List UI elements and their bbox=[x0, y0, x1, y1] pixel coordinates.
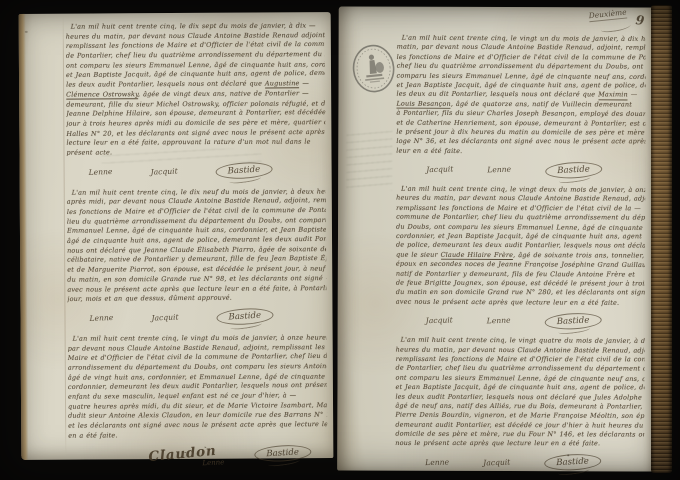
handwritten-line: leur en a été faite. bbox=[396, 146, 645, 157]
signature-jacquit: Jacquit bbox=[150, 166, 177, 176]
signature-row: LenneJacquitBastide bbox=[425, 453, 618, 473]
register-act: L'an mil huit cent trente cinq, le vingt… bbox=[396, 185, 646, 331]
signature-bastide: Bastide bbox=[254, 444, 311, 463]
book-binding-edge bbox=[651, 5, 672, 473]
handwritten-line: arrondissement du département du Doubs, … bbox=[68, 362, 327, 373]
signature-lenne: Lenne bbox=[487, 316, 511, 326]
register-act: L'an mil huit cent trente cinq, le vingt… bbox=[68, 333, 328, 464]
handwritten-line: de Pontarlier, chef lieu du quatrième ar… bbox=[396, 364, 645, 374]
signature-row: JacquitLenneBastide bbox=[426, 311, 619, 331]
left-page-text: L'an mil huit cent trente cinq, le dix s… bbox=[19, 12, 334, 460]
signature-bastide: Bastide bbox=[545, 160, 602, 179]
signature-lenne: Lenne bbox=[425, 457, 449, 467]
ink-speck bbox=[567, 454, 569, 456]
signature-jacquit: Jacquit bbox=[151, 312, 178, 322]
handwritten-line: présent acte. bbox=[66, 147, 325, 158]
register-page-right: Deuxième 9 L'an mil huit cent trente cin… bbox=[337, 6, 654, 471]
underlined-name: Louis Besançon bbox=[396, 99, 450, 108]
handwritten-line: du matin en son domicile Grand rue N° 28… bbox=[396, 288, 645, 298]
right-page-text: L'an mil huit cent trente cinq, le vingt… bbox=[337, 6, 654, 471]
signature-bastide: Bastide bbox=[544, 453, 601, 472]
signature-bastide: Bastide bbox=[216, 307, 273, 326]
underlined-name: Maximin bbox=[598, 91, 628, 100]
scanned-register-spread: L'an mil huit cent trente cinq, le dix s… bbox=[0, 0, 680, 480]
handwritten-line: jour, mois et an que dessus, dûment appr… bbox=[67, 293, 326, 305]
underlined-name: Augustine bbox=[265, 79, 300, 88]
signature-jacquit: Jacquit bbox=[426, 316, 453, 326]
register-act: L'an mil huit cent trente cinq, le dix n… bbox=[67, 187, 327, 328]
handwritten-line: heures du matin, par devant nous Claude … bbox=[396, 345, 645, 355]
ink-speck bbox=[163, 449, 165, 451]
handwritten-line: en a été faite. bbox=[68, 430, 327, 441]
handwritten-line: Clémence Ostrowsky, âgée de vingt deux a… bbox=[66, 89, 325, 100]
register-act: L'an mil huit cent trente cinq, le vingt… bbox=[395, 336, 644, 473]
signature-lenne: Lenne bbox=[89, 313, 113, 323]
handwritten-line: nous le présent acte après que lecture l… bbox=[395, 439, 644, 449]
register-act: L'an mil huit cent trente cinq, le dix s… bbox=[66, 21, 326, 181]
signature-jacquit: Jacquit bbox=[426, 164, 453, 174]
signature-jacquit: Jacquit bbox=[483, 457, 510, 467]
signature-lenne: Lenne bbox=[202, 459, 224, 468]
signature-lenne: Lenne bbox=[487, 165, 511, 175]
handwritten-line: avec nous le présent acte après que lect… bbox=[396, 297, 645, 308]
signature-bastide: Bastide bbox=[544, 312, 601, 331]
signature-row: JacquitLenneBastide bbox=[426, 160, 619, 180]
signature-bastide: Bastide bbox=[215, 161, 272, 180]
handwritten-line: commune de Pontarlier, chef lieu du quat… bbox=[396, 213, 645, 223]
handwritten-line: loge N° 36, et les déclarants ont signé … bbox=[396, 137, 645, 147]
handwritten-line: heures du matin, par devant nous Claude … bbox=[396, 194, 645, 204]
underlined-name: Clémence Ostrowsky bbox=[66, 90, 138, 100]
signature-row: LenneJacquitBastide bbox=[89, 307, 296, 327]
register-act: L'an mil huit cent trente cinq, le vingt… bbox=[396, 34, 646, 180]
signature-row: LenneJacquitBastide bbox=[89, 161, 296, 181]
handwritten-line: chef lieu du quatrième arrondissement du… bbox=[397, 62, 646, 72]
handwritten-line: matin, par devant nous Claude Antoine Ba… bbox=[397, 43, 646, 53]
signature-lenne: Lenne bbox=[88, 167, 112, 177]
ink-speck bbox=[25, 31, 28, 33]
register-page-left: L'an mil huit cent trente cinq, le dix s… bbox=[19, 12, 334, 460]
signature-row: ClaudonBastideLenne bbox=[90, 444, 297, 464]
underlined-name: Claude Hilaire Frère bbox=[441, 251, 514, 260]
